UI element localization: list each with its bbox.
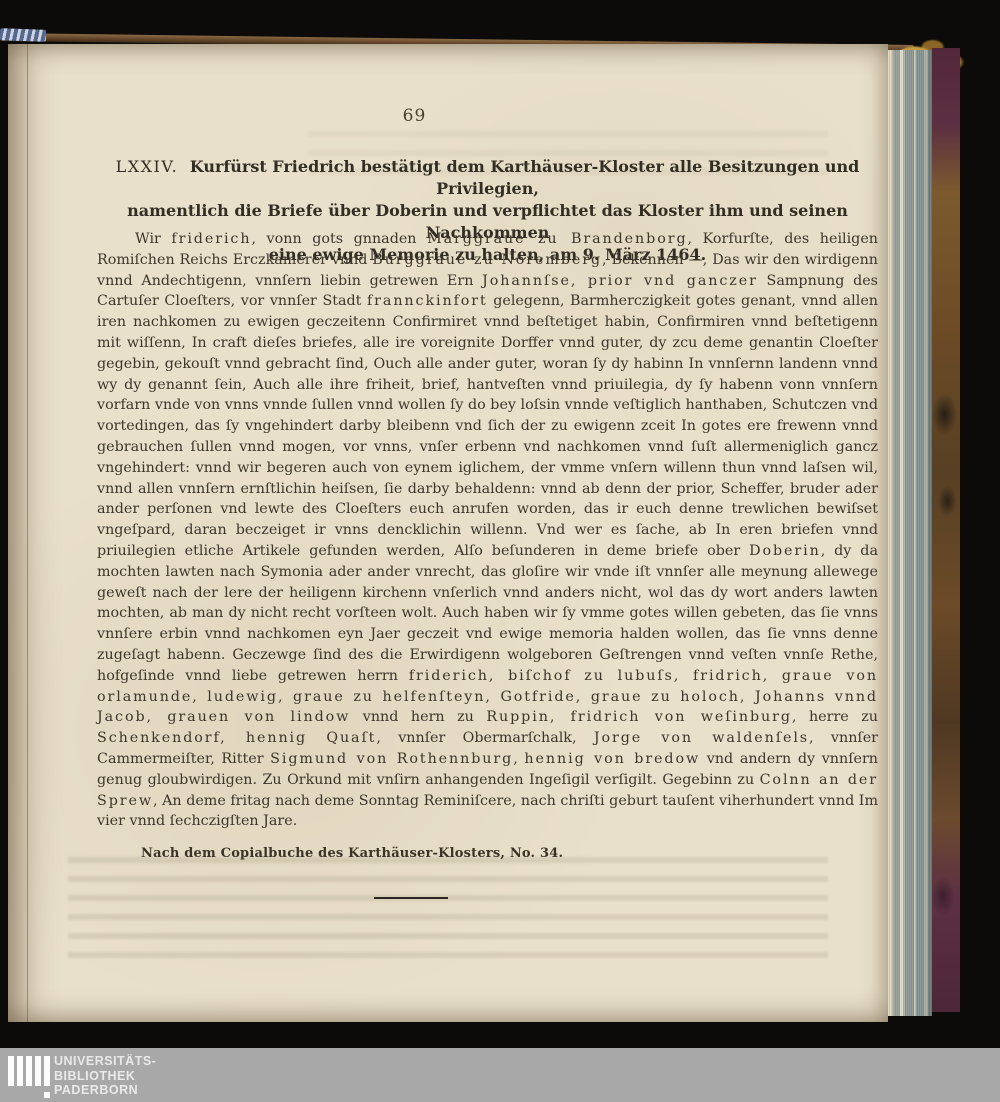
- logo-bar: [44, 1056, 50, 1086]
- letterspaced-name: hennig von bredow: [524, 751, 700, 767]
- library-watermark-bar: UNIVERSITÄTS- BIBLIOTHEK PADERBORN: [0, 1048, 1000, 1102]
- charter-numeral: LXXIV.: [116, 157, 179, 176]
- scan-background: 69 LXXIV. Kurfürst Friedrich bestätigt d…: [0, 0, 1000, 1102]
- library-name-line: UNIVERSITÄTS-: [54, 1054, 156, 1069]
- body-segment: , vnnſer Obermarſchalk,: [376, 730, 594, 746]
- book-headband: [0, 28, 46, 42]
- charter-body-text: Wir friderich, vonn gots gnnaden Marggra…: [97, 229, 878, 832]
- body-segment: , herre zu: [792, 709, 878, 725]
- body-segment: , vonn gots gnnaden: [251, 231, 427, 247]
- heading-text-1: Kurfürst Friedrich bestätigt dem Karthäu…: [190, 157, 860, 198]
- section-divider-rule: [374, 897, 448, 899]
- library-name-line: PADERBORN: [54, 1083, 156, 1098]
- text-block: Wir friderich, vonn gots gnnaden Marggra…: [97, 229, 878, 899]
- logo-bar: [17, 1056, 23, 1086]
- library-name: UNIVERSITÄTS- BIBLIOTHEK PADERBORN: [54, 1054, 156, 1098]
- library-name-line: BIBLIOTHEK: [54, 1069, 156, 1084]
- body-segment: Wir: [135, 231, 171, 247]
- letterspaced-name: Sigmund von Rothennburg: [270, 751, 513, 767]
- letterspaced-name: Jorge von waldenſels: [594, 730, 809, 746]
- ub-paderborn-logo-icon: [8, 1056, 54, 1096]
- logo-exclamation-dot: [44, 1092, 50, 1098]
- book-marbled-cover: [932, 48, 960, 1012]
- letterspaced-name: Schenkendorf, hennig Quaſt: [97, 730, 376, 746]
- body-segment: vnnd hern zu: [350, 709, 486, 725]
- letterspaced-name: frannckinfort: [367, 293, 488, 309]
- page-number: 69: [24, 106, 805, 126]
- letterspaced-name: Marggraue zu Brandenborg: [427, 231, 687, 247]
- page-gutter-crease: [27, 44, 28, 1022]
- book-page: 69 LXXIV. Kurfürst Friedrich bestätigt d…: [8, 44, 888, 1022]
- source-note: Nach dem Copialbuche des Karthäuser-Klos…: [141, 846, 878, 861]
- logo-bar: [35, 1056, 41, 1086]
- letterspaced-name: Doberin: [749, 543, 821, 559]
- logo-bar: [26, 1056, 32, 1086]
- body-segment: , dy da mochten lawten nach Symonia ader…: [97, 543, 878, 684]
- body-segment: , An deme fritag nach deme Sonntag Remin…: [97, 793, 878, 830]
- body-segment: ,: [513, 751, 524, 767]
- body-segment: gelegenn, Barmherczigkeit gotes genant, …: [97, 293, 878, 559]
- heading-line-1: LXXIV. Kurfürst Friedrich bestätigt dem …: [97, 156, 878, 200]
- letterspaced-name: friderich: [171, 231, 251, 247]
- logo-bar: [8, 1056, 14, 1086]
- letterspaced-name: Ruppin, fridrich von weſinburg: [486, 709, 792, 725]
- letterspaced-name: Burggraue zu Noremberg: [372, 252, 602, 268]
- book-fore-edge-pages: [888, 50, 932, 1016]
- letterspaced-name: Johannſse, prior vnd ganczer: [482, 273, 758, 289]
